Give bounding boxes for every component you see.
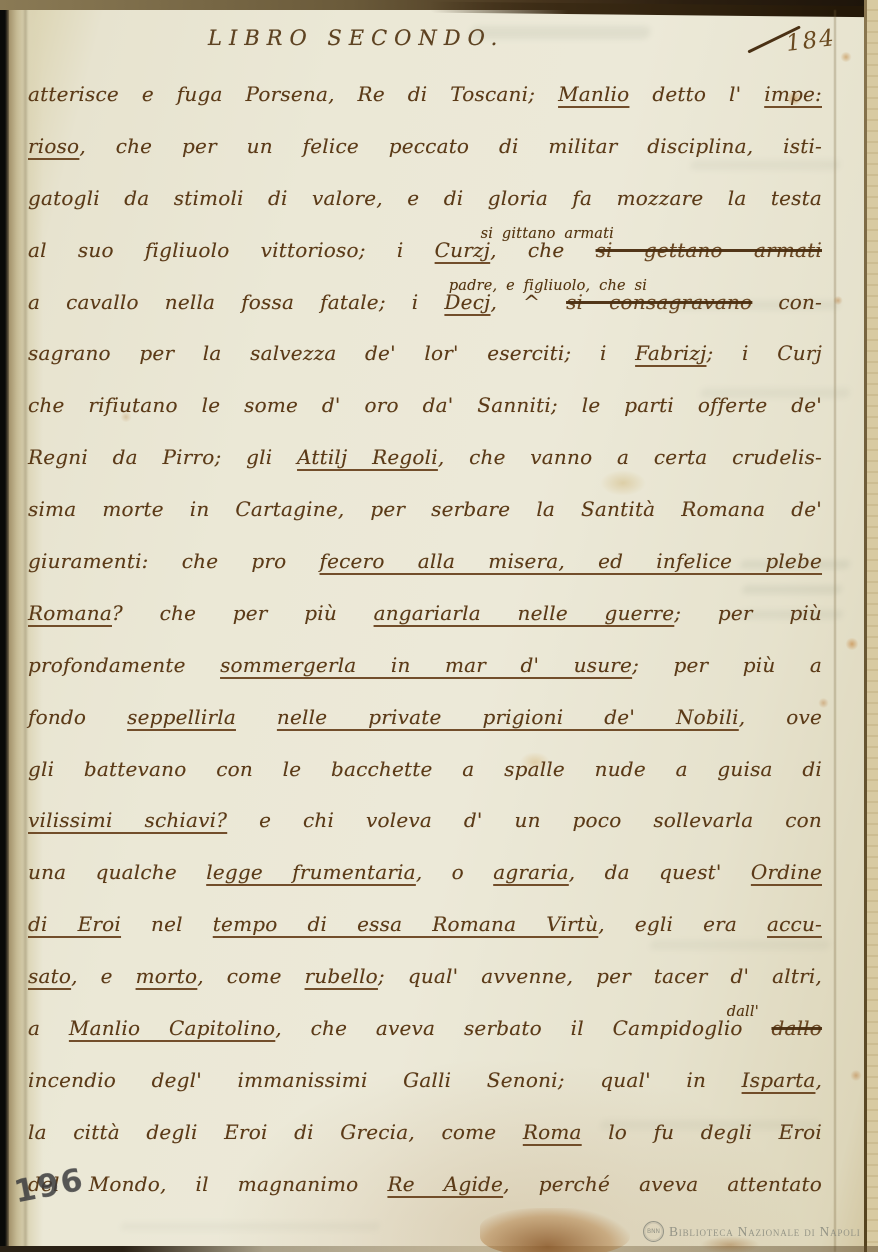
underlined-text: tempo di essa Romana Virtù <box>213 912 598 936</box>
handwritten-text: , come <box>197 964 304 988</box>
manuscript-line: al suo figliuolo vittorioso; i Curzj, ch… <box>28 225 822 277</box>
handwritten-text: , egli era <box>598 912 767 936</box>
handwritten-text: che rifiutano le some d' oro da' Sanniti… <box>28 393 822 417</box>
handwritten-text: giuramenti: che pro <box>28 549 320 573</box>
underlined-text: rioso <box>28 134 79 158</box>
manuscript-text: atterisce e fuga Porsena, Re di Toscani;… <box>28 69 822 1211</box>
manuscript-line: vilissimi schiavi? e chi voleva d' un po… <box>28 795 822 847</box>
handwritten-text: gatogli da stimoli di valore, e di glori… <box>28 186 822 210</box>
underlined-text: Attilj Regoli <box>297 445 438 469</box>
manuscript-line: sato, e morto, come rubello; qual' avven… <box>28 951 822 1003</box>
handwritten-text: , che vanno a certa crudelis- <box>438 445 822 469</box>
underlined-text: accu- <box>767 912 822 936</box>
page-bottom-edge <box>0 1246 878 1252</box>
underlined-text: sommergerla in mar d' usure <box>220 653 632 677</box>
handwritten-text: una qualche <box>28 860 206 884</box>
manuscript-line: a Manlio Capitolino, che aveva serbato i… <box>28 1003 822 1055</box>
handwritten-text: nel <box>121 912 213 936</box>
underlined-text: morto <box>136 964 198 988</box>
underlined-text: fecero alla misera, ed infelice plebe <box>320 549 823 573</box>
underlined-text: di Eroi <box>28 912 121 936</box>
library-watermark-label: Biblioteca Nazionale di Napoli <box>669 1224 861 1240</box>
manuscript-line: a cavallo nella fossa fatale; i Decj, ^ … <box>28 277 822 329</box>
manuscript-line: Regni da Pirro; gli Attilj Regoli, che v… <box>28 432 822 484</box>
handwritten-text: gli battevano con le bacchette a spalle … <box>28 757 822 781</box>
manuscript-line: sagrano per la salvezza de' lor' esercit… <box>28 328 822 380</box>
page-fold-crease <box>834 10 836 1252</box>
interlinear-insertion: dall' <box>727 1005 759 1019</box>
handwritten-text: a <box>28 1016 69 1040</box>
underlined-text: rubello <box>305 964 378 988</box>
handwritten-text: , che aveva serbato il Campidoglio <box>275 1016 771 1040</box>
handwritten-text: , da quest' <box>569 860 751 884</box>
underlined-text: impe: <box>764 82 822 106</box>
handwritten-text: al suo figliuolo vittorioso; i <box>28 238 435 262</box>
handwritten-text: , ove <box>739 705 822 729</box>
handwritten-text: , perché aveva attentato <box>503 1172 822 1196</box>
underlined-text: Manlio <box>558 82 629 106</box>
manuscript-line: la città degli Eroi di Grecia, come Roma… <box>28 1107 822 1159</box>
struck-text: dallo <box>771 1016 822 1040</box>
manuscript-line: del Mondo, il magnanimo Re Agide, perché… <box>28 1159 822 1211</box>
scan-left-edge <box>0 0 9 1252</box>
manuscript-line: profondamente sommergerla in mar d' usur… <box>28 640 822 692</box>
manuscript-line: Romana? che per più angariarla nelle gue… <box>28 588 822 640</box>
underlined-text: Re Agide <box>387 1172 503 1196</box>
handwritten-text: ; per più a <box>632 653 822 677</box>
page-stack-edge <box>867 0 878 1252</box>
underlined-text: seppellirla <box>127 705 236 729</box>
stain <box>845 638 859 650</box>
handwritten-text: e chi voleva d' un poco sollevarla con <box>227 808 822 832</box>
manuscript-line: gatogli da stimoli di valore, e di glori… <box>28 173 822 225</box>
handwritten-text: detto l' <box>629 82 764 106</box>
interlinear-insertion: si gittano armati <box>481 227 614 241</box>
underlined-text: angariarla nelle guerre <box>374 601 675 625</box>
manuscript-page: LIBRO SECONDO. 184 atterisce e fuga Pors… <box>0 0 878 1252</box>
bleed-through <box>119 1222 380 1231</box>
handwritten-text: incendio degl' immanissimi Galli Senoni;… <box>28 1068 742 1092</box>
handwritten-text: la città degli Eroi di Grecia, come <box>28 1120 523 1144</box>
handwritten-text: profondamente <box>28 653 220 677</box>
stain <box>850 1070 862 1081</box>
manuscript-line: sima morte in Cartagine, per serbare la … <box>28 484 822 536</box>
manuscript-line: rioso, che per un felice peccato di mili… <box>28 121 822 173</box>
handwritten-text: fondo <box>28 705 127 729</box>
handwritten-text: Regni da Pirro; gli <box>28 445 297 469</box>
manuscript-line: una qualche legge frumentaria, o agraria… <box>28 847 822 899</box>
underlined-text: legge frumentaria <box>206 860 416 884</box>
underlined-text: Ordine <box>751 860 822 884</box>
underlined-text: Romana <box>28 601 112 625</box>
handwritten-text: ; per più <box>674 601 822 625</box>
library-watermark: BNN Biblioteca Nazionale di Napoli <box>643 1221 861 1242</box>
handwritten-text: , che per un felice peccato di militar d… <box>79 134 822 158</box>
manuscript-line: fondo seppellirla nelle private prigioni… <box>28 692 822 744</box>
struck-text: si gettano armati <box>596 238 822 262</box>
manuscript-line: atterisce e fuga Porsena, Re di Toscani;… <box>28 69 822 121</box>
handwritten-text <box>236 705 277 729</box>
underlined-text: Fabrizj <box>635 341 706 365</box>
underlined-text: Manlio Capitolino <box>69 1016 275 1040</box>
underlined-text: nelle private prigioni de' Nobili <box>277 705 739 729</box>
handwritten-text: sima morte in Cartagine, per serbare la … <box>28 497 822 521</box>
interlinear-insertion: padre, e figliuolo, che si <box>449 279 647 293</box>
handwritten-text: sagrano per la salvezza de' lor' esercit… <box>28 341 635 365</box>
handwritten-text: , e <box>71 964 136 988</box>
handwritten-text: , o <box>416 860 493 884</box>
manuscript-line: incendio degl' immanissimi Galli Senoni;… <box>28 1055 822 1107</box>
underlined-text: agraria <box>493 860 569 884</box>
manuscript-line: gli battevano con le bacchette a spalle … <box>28 744 822 796</box>
underlined-text: Isparta <box>742 1068 816 1092</box>
handwritten-text: ; i Curj <box>707 341 823 365</box>
page-header: LIBRO SECONDO. 184 <box>0 26 878 66</box>
gutter-shadow <box>24 0 27 1252</box>
underlined-text: vilissimi schiavi? <box>28 808 227 832</box>
handwritten-text: ? che per più <box>112 601 374 625</box>
handwritten-text: con- <box>752 290 822 314</box>
handwritten-text: , <box>815 1068 822 1092</box>
manuscript-line: che rifiutano le some d' oro da' Sanniti… <box>28 380 822 432</box>
library-logo-icon: BNN <box>643 1221 664 1242</box>
underlined-text: sato <box>28 964 71 988</box>
handwritten-text: a cavallo nella fossa fatale; i <box>28 290 444 314</box>
manuscript-line: giuramenti: che pro fecero alla misera, … <box>28 536 822 588</box>
handwritten-text: lo fu degli Eroi <box>582 1120 822 1144</box>
handwritten-text: ; qual' avvenne, per tacer d' altri, <box>378 964 822 988</box>
handwritten-text: atterisce e fuga Porsena, Re di Toscani; <box>28 82 558 106</box>
underlined-text: Roma <box>523 1120 582 1144</box>
chapter-heading: LIBRO SECONDO. <box>208 26 504 50</box>
manuscript-line: di Eroi nel tempo di essa Romana Virtù, … <box>28 899 822 951</box>
